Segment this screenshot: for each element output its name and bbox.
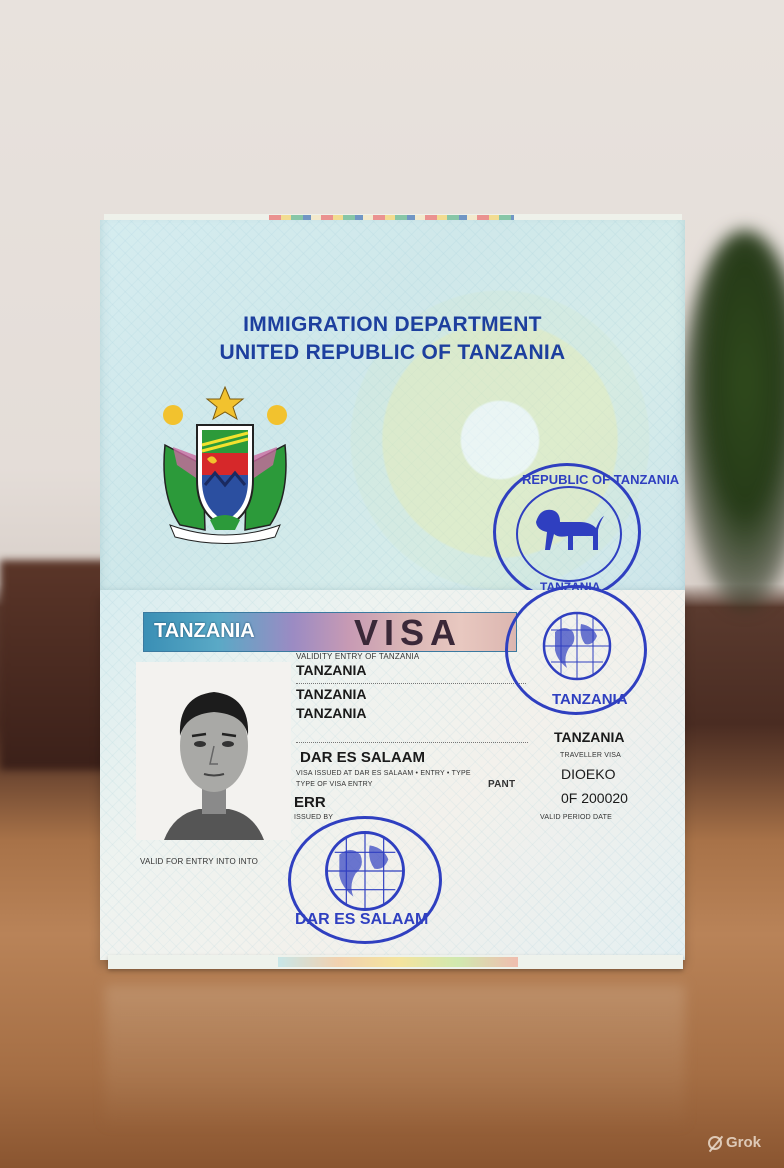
visa-country: TANZANIA	[154, 620, 255, 643]
right-caption-2: VALID PERIOD DATE	[540, 814, 612, 821]
visa-code: DIOEKO	[561, 766, 615, 782]
visa-header-caption: VALIDITY ENTRY OF TANZANIA	[296, 652, 419, 661]
grok-watermark: Grok	[708, 1134, 761, 1151]
right-caption-1: TRAVELLER VISA	[560, 752, 621, 759]
passport-upper-page: IMMIGRATION DEPARTMENT UNITED REPUBLIC O…	[100, 220, 685, 598]
background-plant	[680, 230, 784, 610]
visa-number: 0F 200020	[561, 790, 628, 806]
visa-field-1: TANZANIA	[296, 662, 367, 678]
portrait-image	[164, 674, 264, 840]
page-edges-bottom	[108, 955, 683, 969]
passport-visa-page: TANZANIA VISA VALIDITY ENTRY OF TANZANIA…	[100, 590, 685, 960]
department-title: IMMIGRATION DEPARTMENT	[100, 313, 685, 337]
photo-caption: VALID FOR ENTRY INTO INTO	[140, 857, 258, 866]
visa-field-3: TANZANIA	[296, 705, 367, 721]
holder-photo	[136, 662, 291, 840]
globe-icon	[541, 610, 613, 682]
grok-logo-icon	[708, 1136, 722, 1150]
fine-print-2: TYPE OF VISA ENTRY	[296, 781, 373, 788]
country-title: UNITED REPUBLIC OF TANZANIA	[100, 341, 685, 365]
coat-of-arms-icon	[155, 385, 295, 545]
right-country: TANZANIA	[554, 729, 625, 745]
fine-print-1: VISA ISSUED AT DAR ES SALAAM • ENTRY • T…	[296, 770, 471, 777]
republic-globe-stamp: TANZANIA	[505, 585, 647, 715]
republic-lion-stamp: REPUBLIC OF TANZANIA TANZANIA	[493, 463, 641, 601]
fine-print-right: PANT	[488, 779, 515, 790]
partial-caption: ISSUED BY	[294, 814, 333, 821]
globe-icon	[323, 829, 407, 913]
partial-field: ERR	[294, 794, 326, 811]
lion-icon	[528, 500, 608, 560]
visa-title: VISA	[354, 612, 462, 654]
place-of-issue: DAR ES SALAAM	[300, 749, 425, 766]
visa-header-band: TANZANIA VISA	[143, 612, 517, 652]
visa-field-2: TANZANIA	[296, 686, 367, 702]
table-reflection	[105, 985, 685, 1125]
dar-es-salaam-stamp: DAR ES SALAAM	[288, 816, 442, 944]
